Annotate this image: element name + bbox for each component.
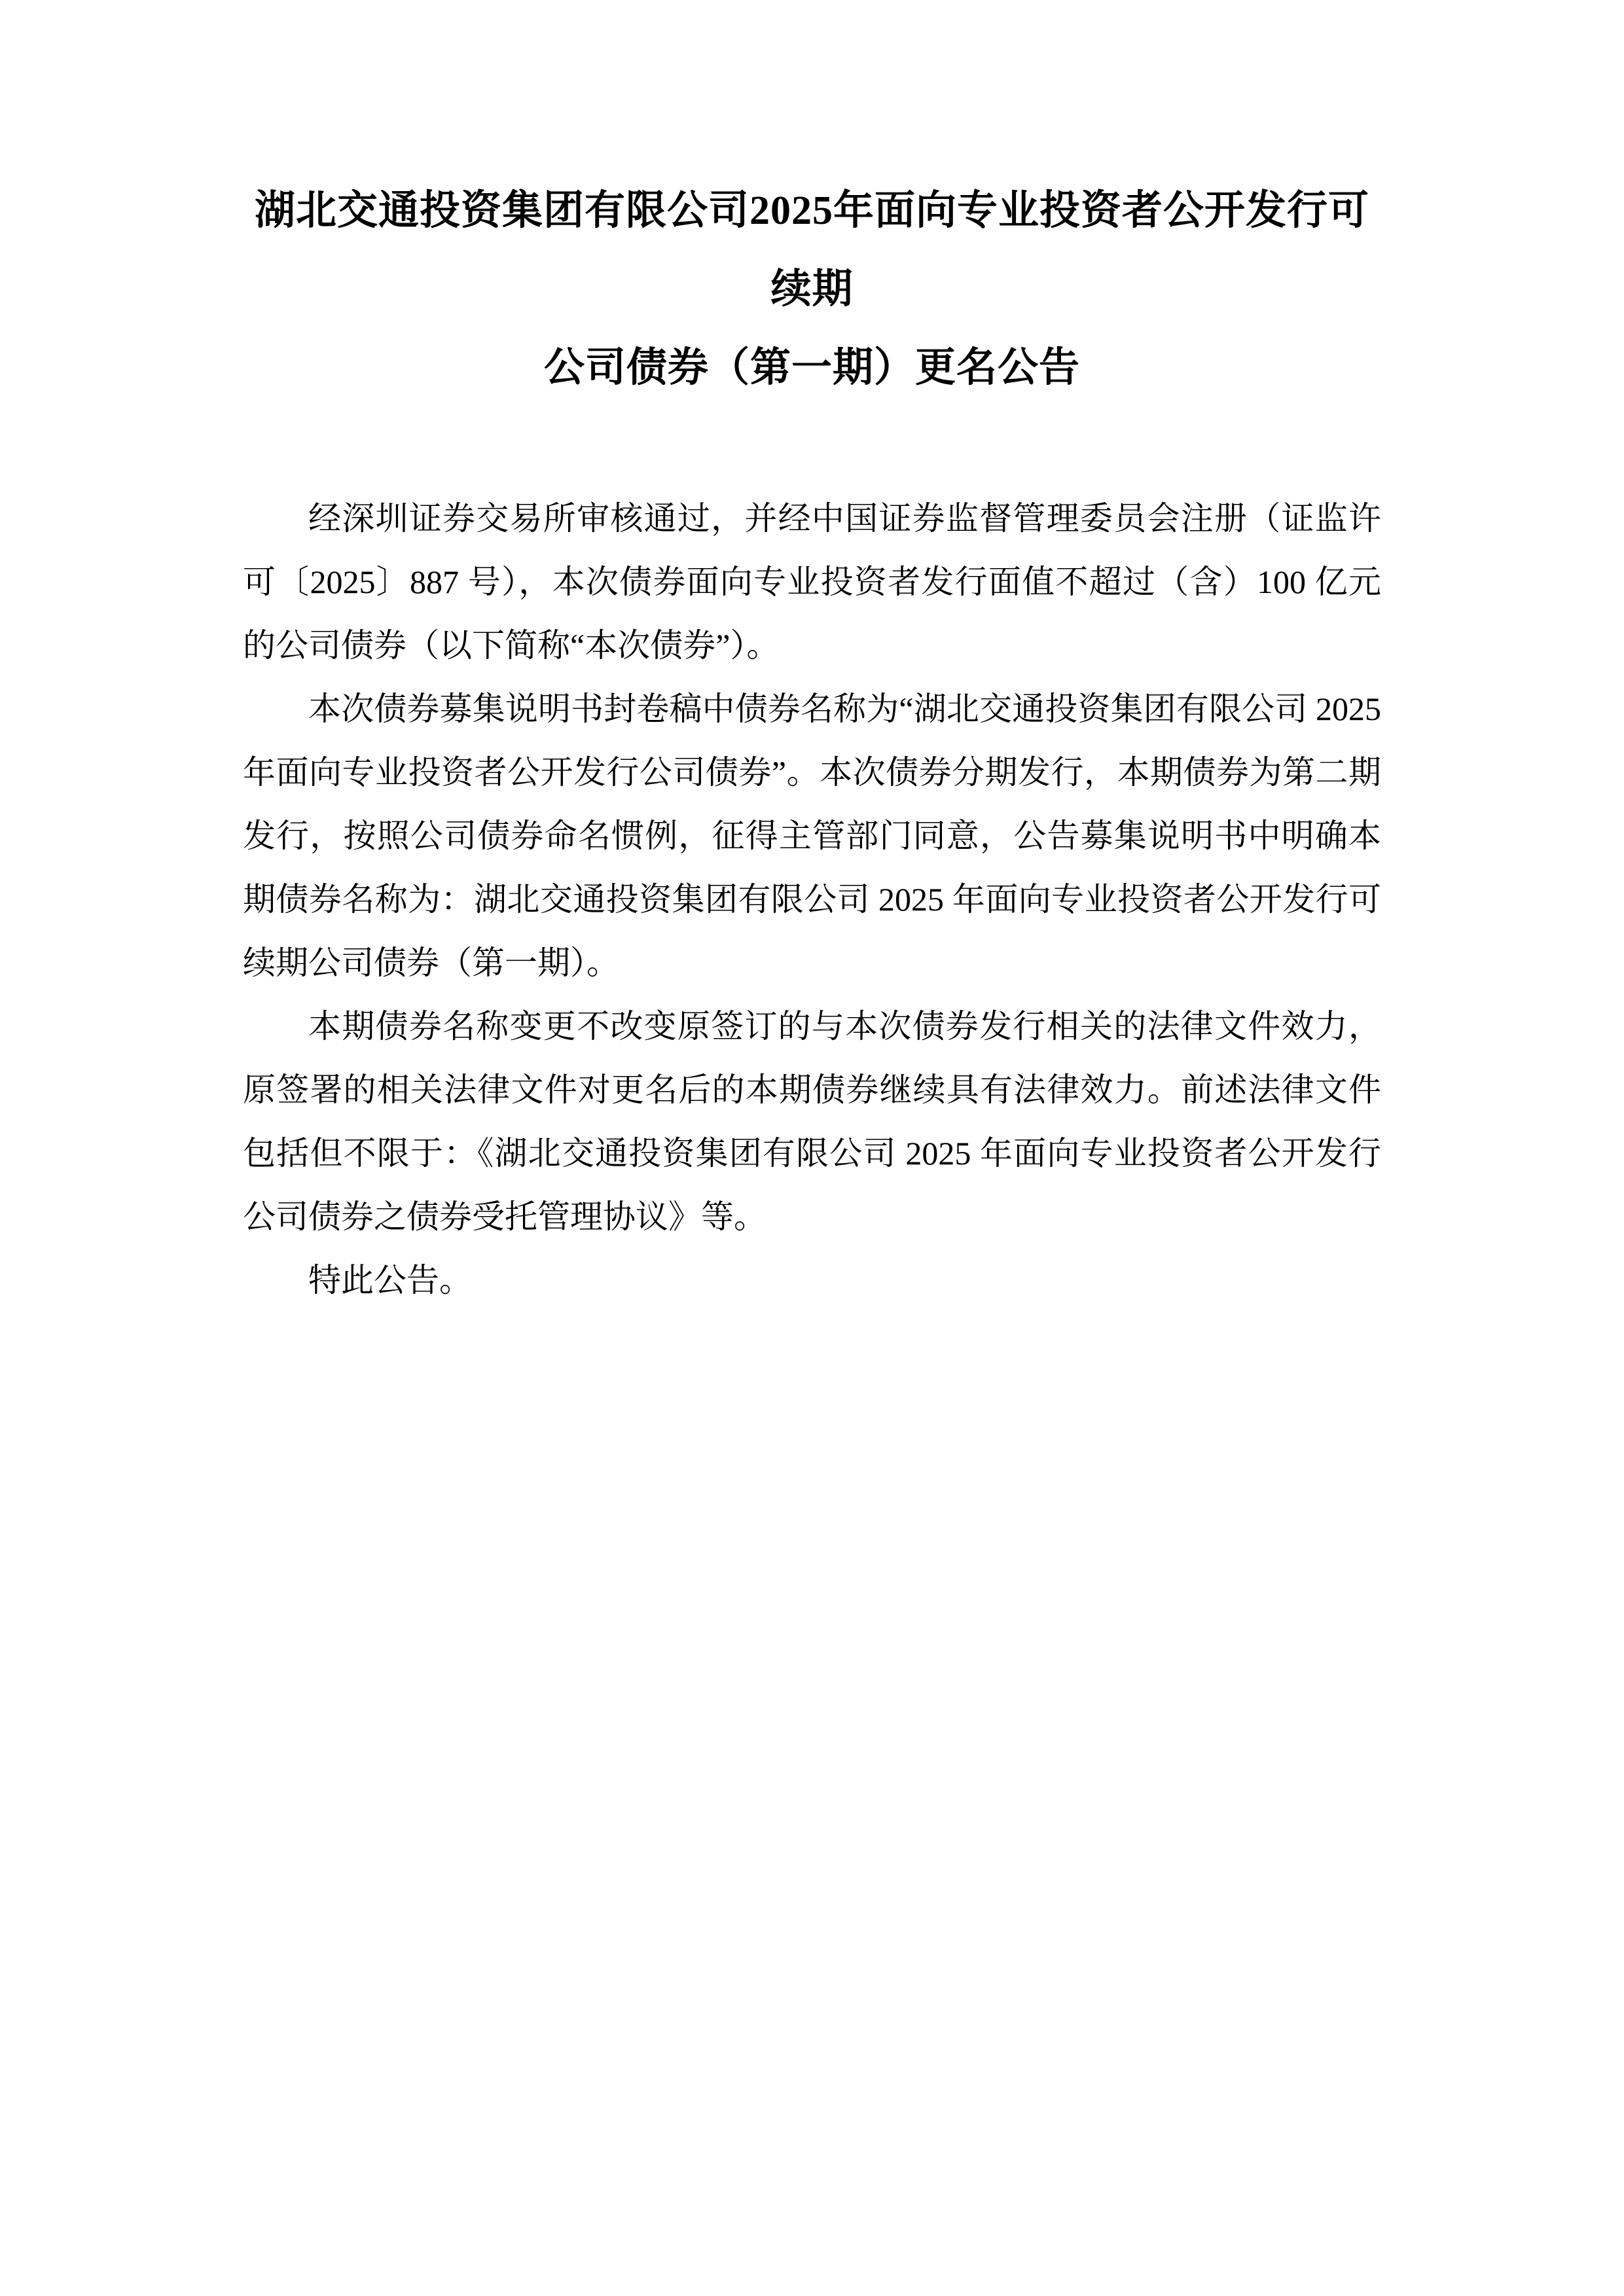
paragraph-closing-statement: 特此公告。 (243, 1249, 1381, 1312)
title-line-2: 公司债券（第一期）更名公告 (243, 329, 1381, 407)
title-line-1: 湖北交通投资集团有限公司2025年面向专业投资者公开发行可续期 (243, 171, 1381, 329)
announcement-page: 湖北交通投资集团有限公司2025年面向专业投资者公开发行可续期 公司债券（第一期… (0, 0, 1624, 2296)
document-title: 湖北交通投资集团有限公司2025年面向专业投资者公开发行可续期 公司债券（第一期… (243, 171, 1381, 407)
paragraph-legal-effect: 本期债券名称变更不改变原签订的与本次债券发行相关的法律文件效力，原签署的相关法律… (243, 995, 1381, 1249)
paragraph-bond-rename: 本次债券募集说明书封卷稿中债券名称为“湖北交通投资集团有限公司 2025 年面向… (243, 677, 1381, 995)
paragraph-approval-registration: 经深圳证券交易所审核通过，并经中国证券监督管理委员会注册（证监许可〔2025〕8… (243, 487, 1381, 677)
document-body: 经深圳证券交易所审核通过，并经中国证券监督管理委员会注册（证监许可〔2025〕8… (243, 487, 1381, 1312)
